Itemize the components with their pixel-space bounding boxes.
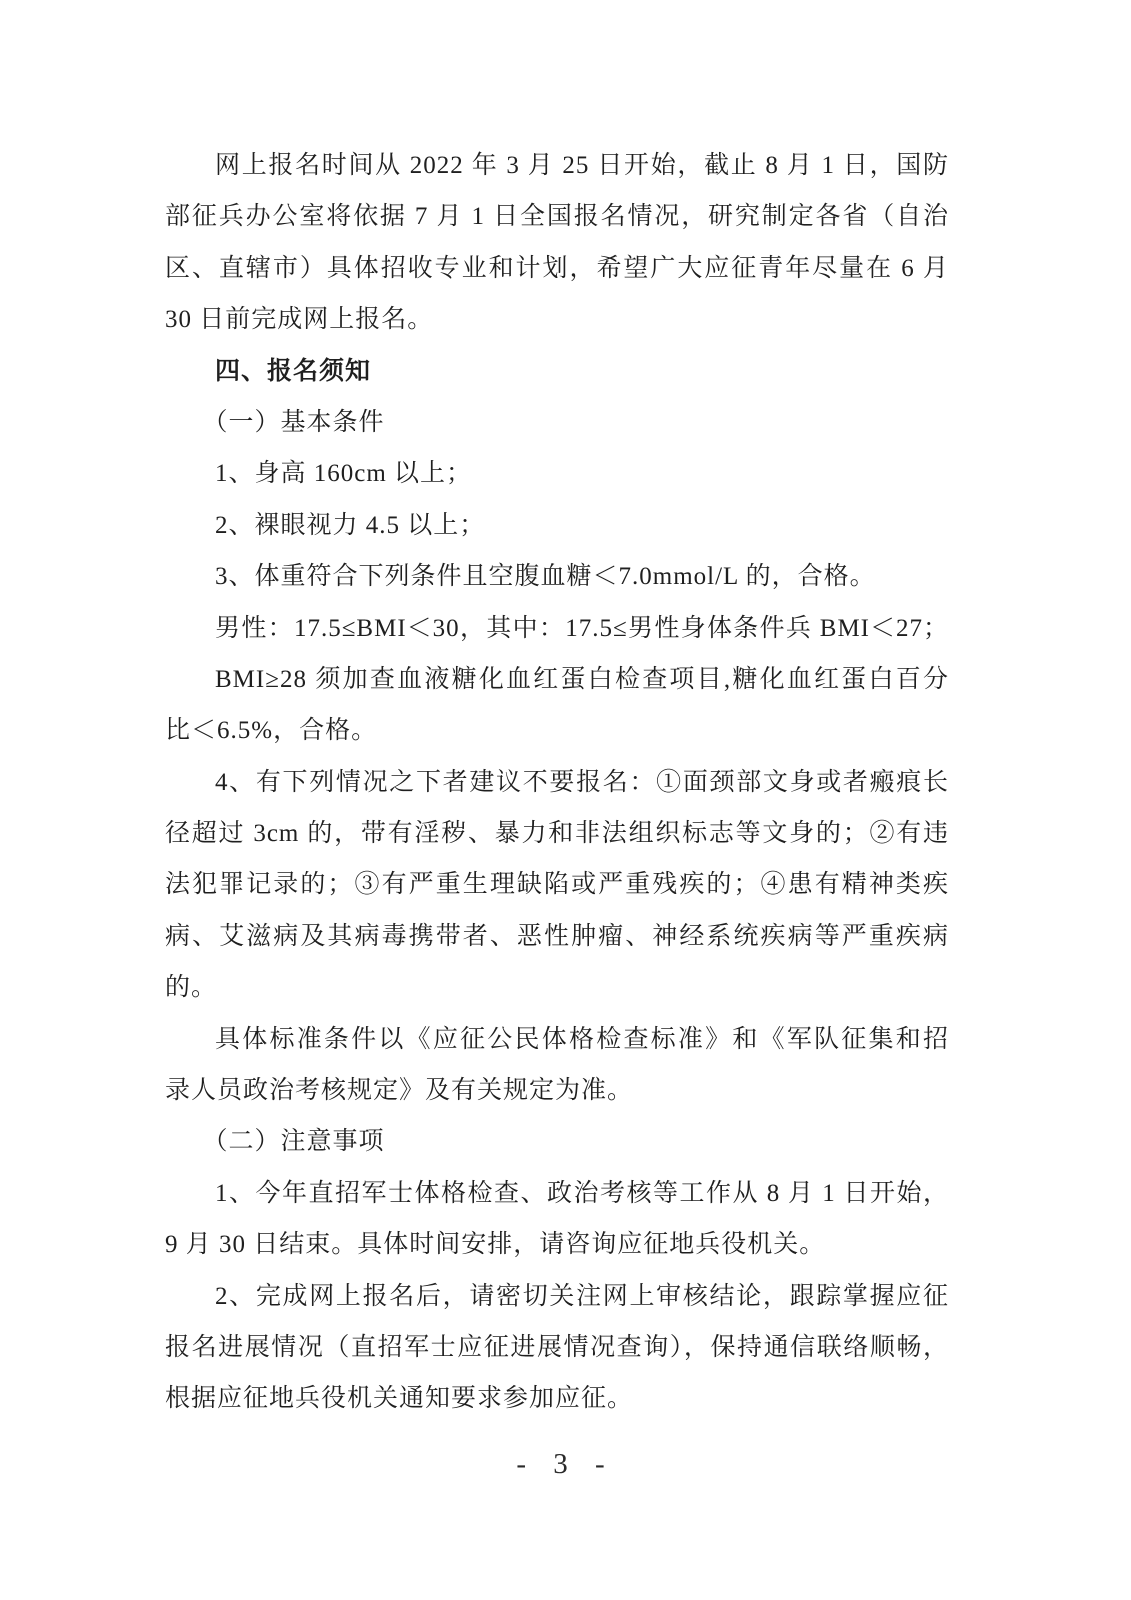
text-line: 病、艾滋病及其病毒携带者、恶性肿瘤、神经系统疾病等严重疾病: [165, 911, 949, 962]
text-line: 1、身高 160cm 以上；: [165, 448, 949, 499]
text-line: 2、完成网上报名后，请密切关注网上审核结论，跟踪掌握应征: [165, 1271, 949, 1322]
document-body: 网上报名时间从 2022 年 3 月 25 日开始，截止 8 月 1 日，国防部…: [165, 140, 949, 1425]
text-line: 比＜6.5%，合格。: [165, 705, 949, 756]
text-line: 四、报名须知: [165, 346, 949, 397]
document-page: 网上报名时间从 2022 年 3 月 25 日开始，截止 8 月 1 日，国防部…: [0, 0, 1131, 1600]
text-line: （二）注意事项: [165, 1116, 949, 1167]
text-line: 录人员政治考核规定》及有关规定为准。: [165, 1065, 949, 1116]
text-line: 4、有下列情况之下者建议不要报名：①面颈部文身或者瘢痕长: [165, 757, 949, 808]
text-line: 根据应征地兵役机关通知要求参加应征。: [165, 1373, 949, 1424]
text-line: 2、裸眼视力 4.5 以上；: [165, 500, 949, 551]
page-number: - 3 -: [0, 1448, 1131, 1481]
text-line: 网上报名时间从 2022 年 3 月 25 日开始，截止 8 月 1 日，国防: [165, 140, 949, 191]
text-line: 部征兵办公室将依据 7 月 1 日全国报名情况，研究制定各省（自治: [165, 191, 949, 242]
text-line: 报名进展情况（直招军士应征进展情况查询），保持通信联络顺畅，: [165, 1322, 949, 1373]
text-line: 男性：17.5≤BMI＜30，其中：17.5≤男性身体条件兵 BMI＜27；: [165, 603, 949, 654]
text-line: BMI≥28 须加查血液糖化血红蛋白检查项目,糖化血红蛋白百分: [165, 654, 949, 705]
text-line: 径超过 3cm 的，带有淫秽、暴力和非法组织标志等文身的；②有违: [165, 808, 949, 859]
text-line: （一）基本条件: [165, 397, 949, 448]
text-line: 30 日前完成网上报名。: [165, 294, 949, 345]
text-line: 区、直辖市）具体招收专业和计划，希望广大应征青年尽量在 6 月: [165, 243, 949, 294]
text-line: 3、体重符合下列条件且空腹血糖＜7.0mmol/L 的，合格。: [165, 551, 949, 602]
text-line: 的。: [165, 962, 949, 1013]
text-line: 9 月 30 日结束。具体时间安排，请咨询应征地兵役机关。: [165, 1219, 949, 1270]
text-line: 1、今年直招军士体格检查、政治考核等工作从 8 月 1 日开始，: [165, 1168, 949, 1219]
text-line: 具体标准条件以《应征公民体格检查标准》和《军队征集和招: [165, 1014, 949, 1065]
text-line: 法犯罪记录的；③有严重生理缺陷或严重残疾的；④患有精神类疾: [165, 859, 949, 910]
